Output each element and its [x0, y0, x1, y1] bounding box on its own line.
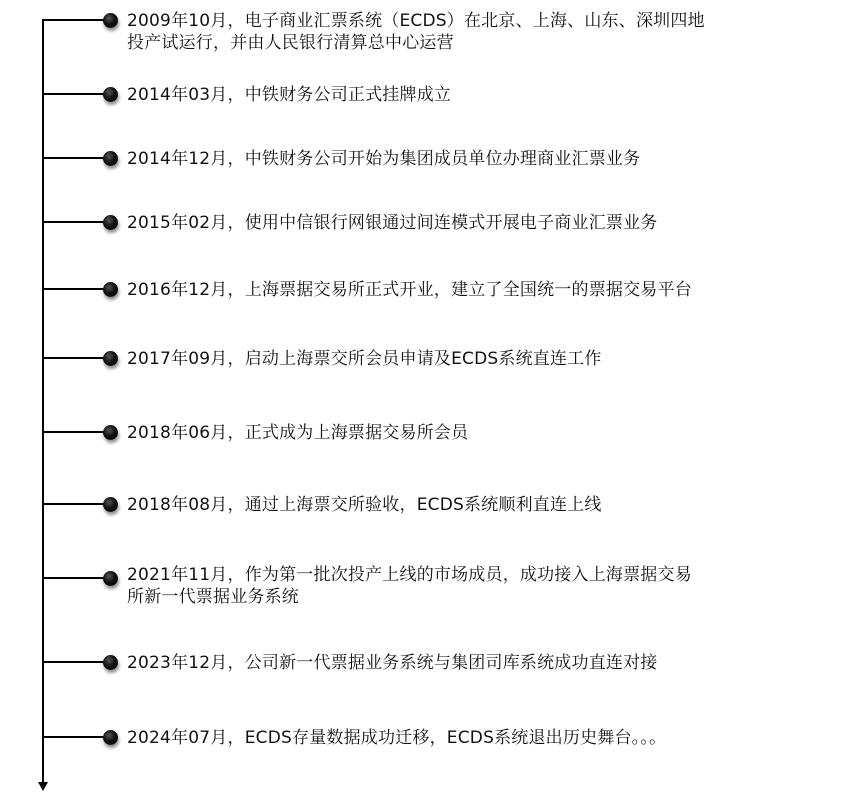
- event-text: 2024年07月，ECDS存量数据成功迁移，ECDS系统退出历史舞台。。。: [127, 727, 817, 749]
- bullet-dot-icon: [103, 425, 118, 440]
- bullet-dot-icon: [103, 87, 118, 102]
- event-text: 2015年02月，使用中信银行网银通过间连模式开展电子商业汇票业务: [127, 212, 817, 234]
- timeline-axis: [42, 19, 44, 784]
- branch-connector: [43, 288, 110, 290]
- bullet-dot-icon: [103, 497, 118, 512]
- branch-connector: [43, 431, 110, 433]
- timeline-diagram: 2009年10月，电子商业汇票系统（ECDS）在北京、上海、山东、深圳四地 投产…: [0, 0, 850, 802]
- event-text: 2021年11月，作为第一批次投产上线的市场成员，成功接入上海票据交易 所新一代…: [127, 564, 817, 608]
- event-text: 2014年12月，中铁财务公司开始为集团成员单位办理商业汇票业务: [127, 148, 817, 170]
- branch-connector: [43, 157, 110, 159]
- bullet-dot-icon: [103, 13, 118, 28]
- event-text: 2023年12月，公司新一代票据业务系统与集团司库系统成功直连对接: [127, 652, 817, 674]
- event-text: 2017年09月，启动上海票交所会员申请及ECDS系统直连工作: [127, 348, 817, 370]
- arrow-down-icon: [38, 782, 48, 791]
- event-text: 2014年03月，中铁财务公司正式挂牌成立: [127, 84, 817, 106]
- bullet-dot-icon: [103, 151, 118, 166]
- bullet-dot-icon: [103, 730, 118, 745]
- branch-connector: [43, 357, 110, 359]
- branch-connector: [43, 19, 110, 21]
- bullet-dot-icon: [103, 351, 118, 366]
- event-text: 2009年10月，电子商业汇票系统（ECDS）在北京、上海、山东、深圳四地 投产…: [127, 10, 817, 54]
- bullet-dot-icon: [103, 655, 118, 670]
- bullet-dot-icon: [103, 215, 118, 230]
- branch-connector: [43, 736, 110, 738]
- event-text: 2018年06月，正式成为上海票据交易所会员: [127, 422, 817, 444]
- branch-connector: [43, 503, 110, 505]
- bullet-dot-icon: [103, 282, 118, 297]
- event-text: 2018年08月，通过上海票交所验收，ECDS系统顺利直连上线: [127, 494, 817, 516]
- event-text: 2016年12月，上海票据交易所正式开业，建立了全国统一的票据交易平台: [127, 279, 817, 301]
- branch-connector: [43, 93, 110, 95]
- branch-connector: [43, 221, 110, 223]
- branch-connector: [43, 577, 110, 579]
- branch-connector: [43, 661, 110, 663]
- bullet-dot-icon: [103, 571, 118, 586]
